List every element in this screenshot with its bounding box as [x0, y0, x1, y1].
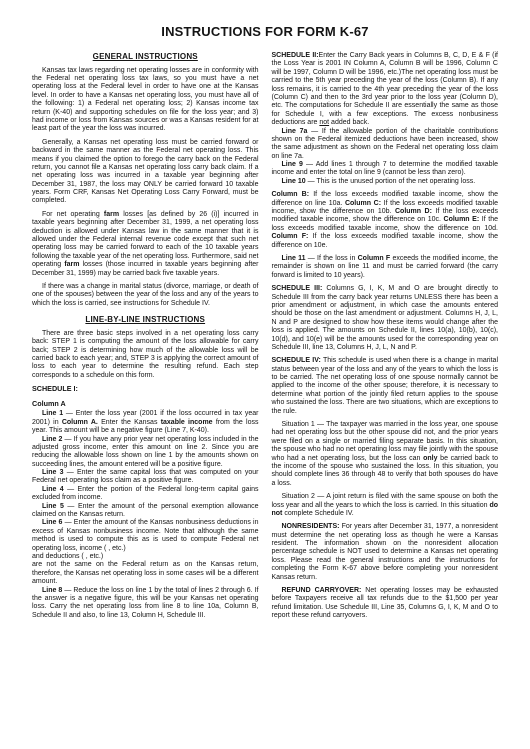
- line-8-paragraph: Line 8 — Reduce the loss on line 1 by th…: [32, 587, 259, 621]
- two-column-layout: GENERAL INSTRUCTIONSKansas tax laws rega…: [32, 52, 498, 621]
- line-4-paragraph: Line 4 — Enter the portion of the Federa…: [32, 486, 259, 503]
- line-10-paragraph: Line 10 — This is the unused portion of …: [272, 178, 499, 186]
- line-7a-paragraph: Line 7a — If the allowable portion of th…: [272, 128, 499, 162]
- paragraph: There are three basic steps involved in …: [32, 330, 259, 380]
- page-title: INSTRUCTIONS FOR FORM K-67: [32, 24, 498, 39]
- document-page: INSTRUCTIONS FOR FORM K-67 GENERAL INSTR…: [0, 0, 530, 621]
- paragraph: If there was a change in marital status …: [32, 283, 259, 308]
- column-a-subheading: Column A: [32, 400, 259, 409]
- situation-2-paragraph: Situation 2 — A joint return is filed wi…: [272, 493, 499, 518]
- line-11-paragraph: Line 11 — If the loss in Column F exceed…: [272, 255, 499, 280]
- line-2-paragraph: Line 2 — If you have any prior year net …: [32, 436, 259, 470]
- line-1-paragraph: Line 1 — Enter the loss year (2001 if th…: [32, 410, 259, 435]
- paragraph: For net operating farm losses [as define…: [32, 211, 259, 278]
- schedule-2-paragraph: SCHEDULE II:Enter the Carry Back years i…: [272, 52, 499, 128]
- paragraph: Kansas tax laws regarding net operating …: [32, 67, 259, 134]
- schedule-4-paragraph: SCHEDULE IV: This schedule is used when …: [272, 357, 499, 416]
- right-column: SCHEDULE II:Enter the Carry Back years i…: [272, 52, 499, 621]
- line-by-line-instructions-heading: LINE-BY-LINE INSTRUCTIONS: [32, 315, 259, 325]
- situation-1-paragraph: Situation 1 — The taxpayer was married i…: [272, 421, 499, 488]
- line-6-paragraph: Line 6 — Enter the amount of the Kansas …: [32, 519, 259, 586]
- nonresidents-paragraph: NONRESIDENTS: For years after December 3…: [272, 523, 499, 582]
- refund-carryover-paragraph: REFUND CARRYOVER: Net operating losses m…: [272, 587, 499, 621]
- schedule-3-paragraph: SCHEDULE III: Columns G, I, K, M and O a…: [272, 285, 499, 352]
- schedule-1-subheading: SCHEDULE I:: [32, 385, 259, 394]
- columns-b-f-paragraph: Column B: If the loss exceeds modified t…: [272, 191, 499, 250]
- general-instructions-heading: GENERAL INSTRUCTIONS: [32, 52, 259, 62]
- left-column: GENERAL INSTRUCTIONSKansas tax laws rega…: [32, 52, 259, 621]
- paragraph: Generally, a Kansas net operating loss m…: [32, 139, 259, 206]
- line-3-paragraph: Line 3 — Enter the same capital loss tha…: [32, 469, 259, 486]
- line-9-paragraph: Line 9 — Add lines 1 through 7 to determ…: [272, 161, 499, 178]
- line-5-paragraph: Line 5 — Enter the amount of the persona…: [32, 503, 259, 520]
